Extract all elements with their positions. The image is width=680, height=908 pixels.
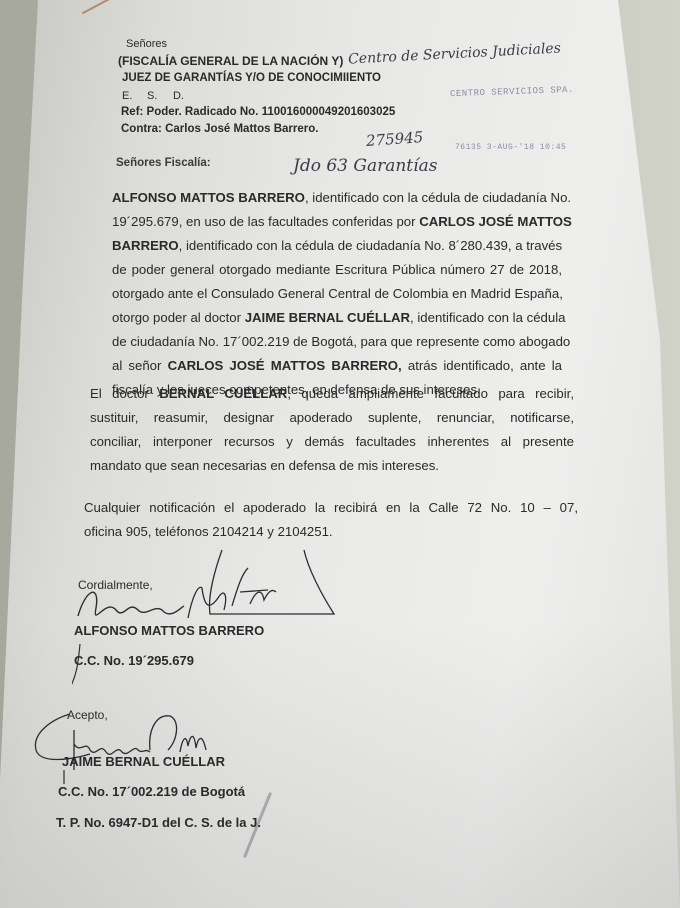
text: otorgado ante el Consulado General Centr…	[112, 286, 563, 301]
paragraph-line: sustituir, reasumir, designar apoderado …	[90, 406, 574, 430]
paragraph-line: otorgado ante el Consulado General Centr…	[112, 282, 562, 306]
paragraph-line: oficina 905, teléfonos 2104214 y 2104251…	[84, 520, 578, 544]
text: , queda ampliamente facultado para recib…	[287, 386, 574, 401]
paragraph-line: de poder general otorgado mediante Escri…	[112, 258, 562, 282]
recipient-line-2: JUEZ DE GARANTÍAS Y/O DE CONOCIMIIENTO	[122, 72, 381, 84]
contra-line: Contra: Carlos José Mattos Barrero.	[121, 123, 318, 135]
esd-s: S.	[147, 90, 157, 102]
text: oficina 905, teléfonos 2104214 y 2104251…	[84, 524, 333, 539]
text: mandato que sean necesarias en defensa d…	[90, 458, 439, 473]
grantor-name: ALFONSO MATTOS BARRERO	[74, 623, 264, 638]
salutation: Señores	[126, 38, 167, 50]
bold-text: CARLOS JOSÉ MATTOS BARRERO,	[168, 358, 402, 373]
paragraph-line: otorgo poder al doctor JAIME BERNAL CUÉL…	[112, 306, 562, 330]
paragraph-line: conciliar, interponer recursos y demás f…	[90, 430, 574, 454]
paragraph-notifications: Cualquier notificación el apoderado la r…	[84, 496, 578, 544]
reference-line: Ref: Poder. Radicado No. 110016000049201…	[121, 106, 395, 118]
bold-text: BARRERO	[112, 238, 179, 253]
paragraph-powers: El doctor BERNAL CUÉLLAR, queda ampliame…	[90, 382, 574, 478]
handwritten-court: Jdo 63 Garantías	[293, 156, 437, 176]
attorney-professional-card: T. P. No. 6947-D1 del C. S. de la J.	[56, 815, 261, 830]
text: de ciudadanía No. 17´002.219 de Bogotá, …	[112, 334, 570, 349]
greeting: Señores Fiscalía:	[116, 157, 211, 169]
paragraph-line: 19´295.679, en uso de las facultades con…	[112, 210, 562, 234]
text: Cualquier notificación el apoderado la r…	[84, 500, 578, 515]
esd-e: E.	[122, 90, 132, 102]
bold-text: CARLOS JOSÉ MATTOS	[419, 214, 572, 229]
text: otorgo poder al doctor	[112, 310, 245, 325]
attorney-name: JAIME BERNAL CUÉLLAR	[62, 754, 225, 769]
paragraph-line: de ciudadanía No. 17´002.219 de Bogotá, …	[112, 330, 562, 354]
text: sustituir, reasumir, designar apoderado …	[90, 410, 574, 425]
text: al señor	[112, 358, 168, 373]
esd-d: D.	[173, 90, 184, 102]
paragraph-grant: ALFONSO MATTOS BARRERO, identificado con…	[112, 186, 562, 402]
paragraph-line: al señor CARLOS JOSÉ MATTOS BARRERO, atr…	[112, 354, 562, 378]
text: conciliar, interponer recursos y demás f…	[90, 434, 574, 449]
text: , identificado con la cédula de ciudadan…	[179, 238, 562, 253]
paragraph-line: mandato que sean necesarias en defensa d…	[90, 454, 574, 478]
text: atrás identificado, ante la	[402, 358, 562, 373]
grantor-id: C.C. No. 19´295.679	[74, 653, 194, 668]
attorney-signature	[30, 710, 270, 790]
recipient-line-1: (FISCALÍA GENERAL DE LA NACIÓN Y)	[118, 54, 343, 68]
stamp-received-date: 76135 3-AUG-'18 10:45	[455, 143, 566, 152]
text: El doctor	[90, 386, 159, 401]
bold-text: JAIME BERNAL CUÉLLAR	[245, 310, 410, 325]
paragraph-line: BARRERO, identificado con la cédula de c…	[112, 234, 562, 258]
text: , identificado con la cédula de ciudadan…	[305, 190, 571, 205]
paragraph-line: Cualquier notificación el apoderado la r…	[84, 496, 578, 520]
paragraph-line: ALFONSO MATTOS BARRERO, identificado con…	[112, 186, 562, 210]
bold-text: ALFONSO MATTOS BARRERO	[112, 190, 305, 205]
text: 19´295.679, en uso de las facultades con…	[112, 214, 419, 229]
paragraph-line: El doctor BERNAL CUÉLLAR, queda ampliame…	[90, 382, 574, 406]
bold-text: BERNAL CUÉLLAR	[159, 386, 287, 401]
text: , identificado con la cédula	[410, 310, 565, 325]
attorney-id: C.C. No. 17´002.219 de Bogotá	[58, 784, 245, 799]
text: de poder general otorgado mediante Escri…	[112, 262, 562, 277]
